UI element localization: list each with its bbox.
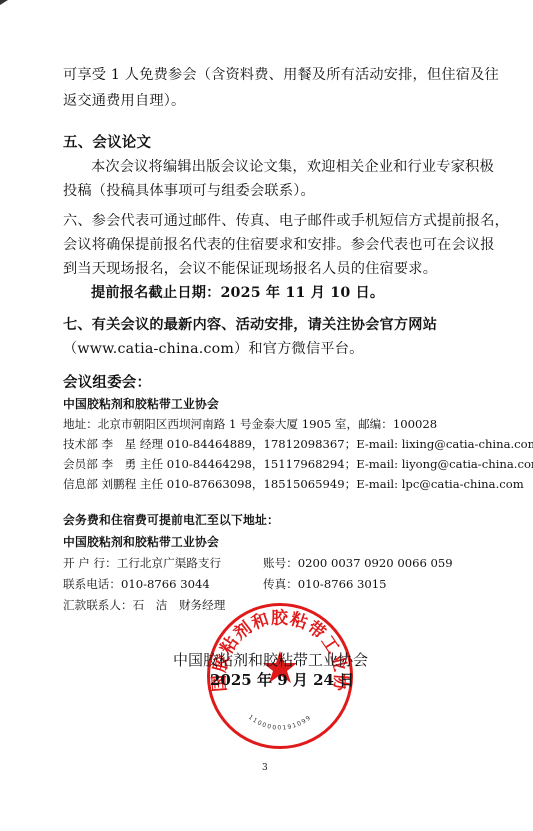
- section6-line-2: 会议将确保提前报名代表的住宿要求和安排。参会代表也可在会议报: [63, 236, 495, 254]
- scan-artifact: [0, 0, 8, 5]
- svg-text:1100000191099: 1100000191099: [247, 714, 313, 732]
- bank-account: 账号：0200 0037 0920 0066 059: [263, 555, 453, 571]
- section5-heading: 五、会议论文: [63, 134, 151, 152]
- payment-phone: 联系电话：010-8766 3044: [63, 577, 210, 591]
- payment-contact-person: 汇款联系人：石 洁 财务经理: [63, 597, 225, 613]
- intro-line-2: 返交通费用自理）。: [63, 92, 185, 110]
- section6-line-1: 六、参会代表可通过邮件、传真、电子邮件或手机短信方式提前报名，: [63, 212, 509, 230]
- signature-date: 2025 年 9 月 24 日: [210, 671, 354, 690]
- committee-heading: 会议组委会：: [63, 374, 151, 392]
- section7-line-1: 七、有关会议的最新内容、活动安排，请关注协会官方网站: [63, 316, 437, 334]
- payment-fax: 传真：010-8766 3015: [263, 576, 387, 592]
- section5-line-2: 投稿（投稿具体事项可与组委会联系）。: [63, 182, 315, 200]
- payment-bank-row: 开 户 行：工行北京广渠路支行 账号：0200 0037 0920 0066 0…: [63, 555, 221, 571]
- payment-phone-row: 联系电话：010-8766 3044 传真：010-8766 3015: [63, 576, 210, 592]
- committee-org: 中国胶粘剂和胶粘带工业协会: [63, 396, 219, 412]
- registration-deadline: 提前报名截止日期：2025 年 11 月 10 日。: [91, 284, 384, 302]
- contact-member-dept: 会员部 李 勇 主任 010-84464298，15117968294；E-ma…: [63, 456, 533, 472]
- intro-line-1: 可享受 1 人免费参会（含资料费、用餐及所有活动安排，但住宿及往: [63, 66, 499, 84]
- seal-number: 1100000191099: [247, 714, 313, 732]
- payment-org: 中国胶粘剂和胶粘带工业协会: [63, 534, 219, 550]
- signature-org: 中国胶粘剂和胶粘带工业协会: [173, 651, 368, 670]
- contact-info-dept: 信息部 刘鹏程 主任 010-87663098，18515065949；E-ma…: [63, 476, 524, 492]
- bank-name: 开 户 行：工行北京广渠路支行: [63, 556, 221, 570]
- contact-tech-dept: 技术部 李 星 经理 010-84464889，17812098367；E-ma…: [63, 436, 533, 452]
- section6-line-3: 到当天现场报名，会议不能保证现场报名人员的住宿要求。: [63, 260, 437, 278]
- committee-address: 地址：北京市朝阳区西坝河南路 1 号金泰大厦 1905 室，邮编：100028: [63, 416, 437, 432]
- page-number: 3: [262, 763, 268, 773]
- section7-line-2: （www.catia-china.com）和官方微信平台。: [63, 340, 364, 358]
- section5-line-1: 本次会议将编辑出版会议论文集，欢迎相关企业和行业专家积极: [91, 158, 494, 176]
- payment-heading: 会务费和住宿费可提前电汇至以下地址：: [63, 512, 279, 528]
